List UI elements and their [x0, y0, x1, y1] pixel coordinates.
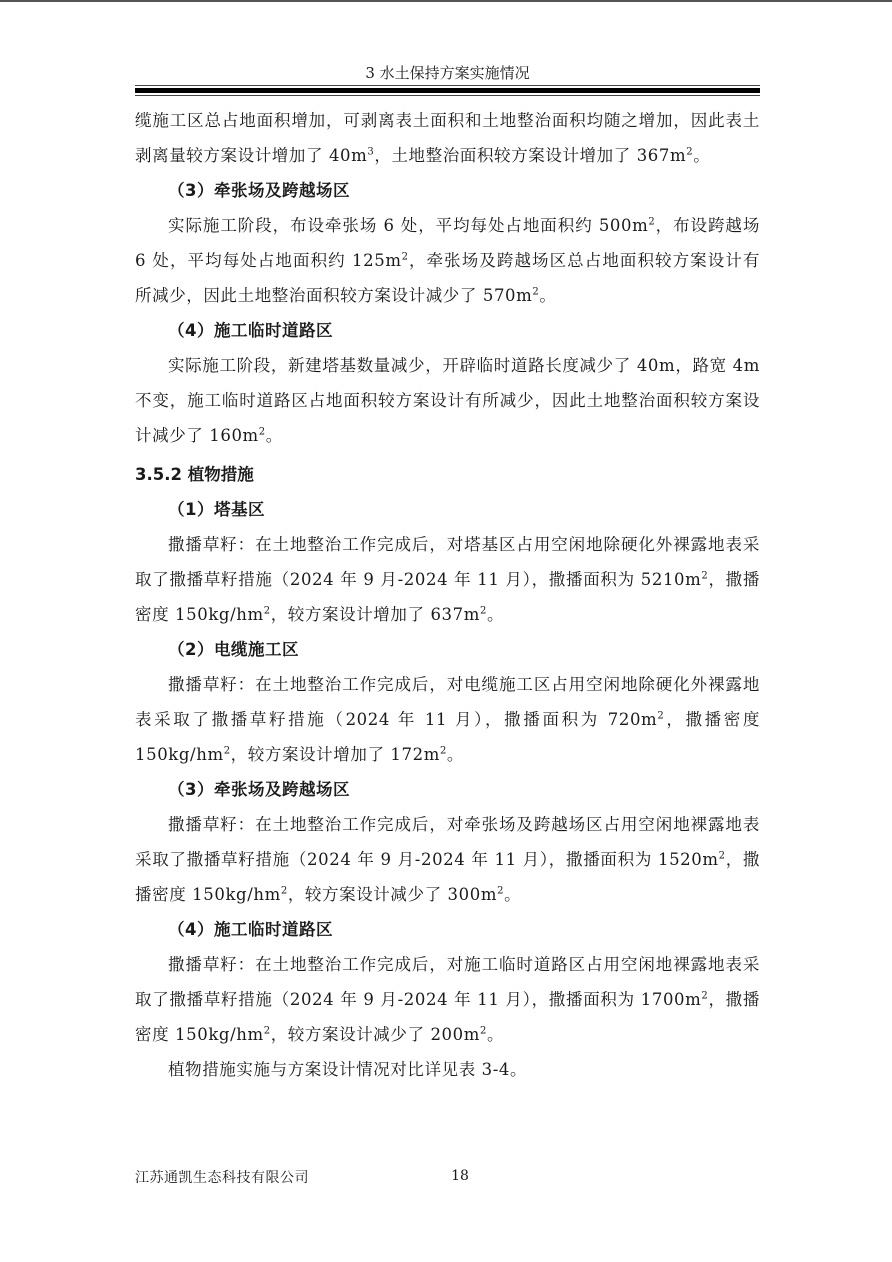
paragraph-plant-traction-crossing: 撒播草籽：在土地整治工作完成后，对牵张场及跨越场区占用空闲地裸露地表采取了撒播草… — [135, 807, 760, 912]
subheading-plant-tower-area: （1）塔基区 — [135, 492, 760, 527]
running-header: 3 水土保持方案实施情况 — [135, 63, 760, 83]
document-body: 缆施工区总占地面积增加，可剥离表土面积和土地整治面积均随之增加，因此表土剥离量较… — [135, 103, 760, 1087]
footer-company-name: 江苏通凯生态科技有限公司 — [135, 1168, 309, 1188]
paragraph-plant-temp-road: 撒播草籽：在土地整治工作完成后，对施工临时道路区占用空闲地裸露地表采取了撒播草籽… — [135, 947, 760, 1052]
subheading-temp-road-area: （4）施工临时道路区 — [135, 313, 760, 348]
paragraph-plant-tower: 撒播草籽：在土地整治工作完成后，对塔基区占用空闲地除硬化外裸露地表采取了撒播草籽… — [135, 527, 760, 632]
header-rule — [135, 85, 760, 96]
subheading-traction-crossing-area: （3）牵张场及跨越场区 — [135, 173, 760, 208]
paragraph-traction-crossing: 实际施工阶段，布设牵张场 6 处，平均每处占地面积约 500m2，布设跨越场 6… — [135, 208, 760, 313]
subheading-plant-temp-road-area: （4）施工临时道路区 — [135, 912, 760, 947]
subheading-plant-traction-crossing-area: （3）牵张场及跨越场区 — [135, 772, 760, 807]
subheading-plant-cable-area: （2）电缆施工区 — [135, 632, 760, 667]
paragraph-continued: 缆施工区总占地面积增加，可剥离表土面积和土地整治面积均随之增加，因此表土剥离量较… — [135, 103, 760, 173]
paragraph-closing-table-reference: 植物措施实施与方案设计情况对比详见表 3-4。 — [135, 1052, 760, 1087]
paragraph-temp-road: 实际施工阶段，新建塔基数量减少，开辟临时道路长度减少了 40m，路宽 4m 不变… — [135, 348, 760, 453]
paragraph-plant-cable: 撒播草籽：在土地整治工作完成后，对电缆施工区占用空闲地除硬化外裸露地表采取了撒播… — [135, 667, 760, 772]
section-heading-plant-measures: 3.5.2 植物措施 — [135, 453, 760, 492]
page-top-edge — [0, 0, 892, 2]
footer-page-number: 18 — [440, 1166, 480, 1186]
